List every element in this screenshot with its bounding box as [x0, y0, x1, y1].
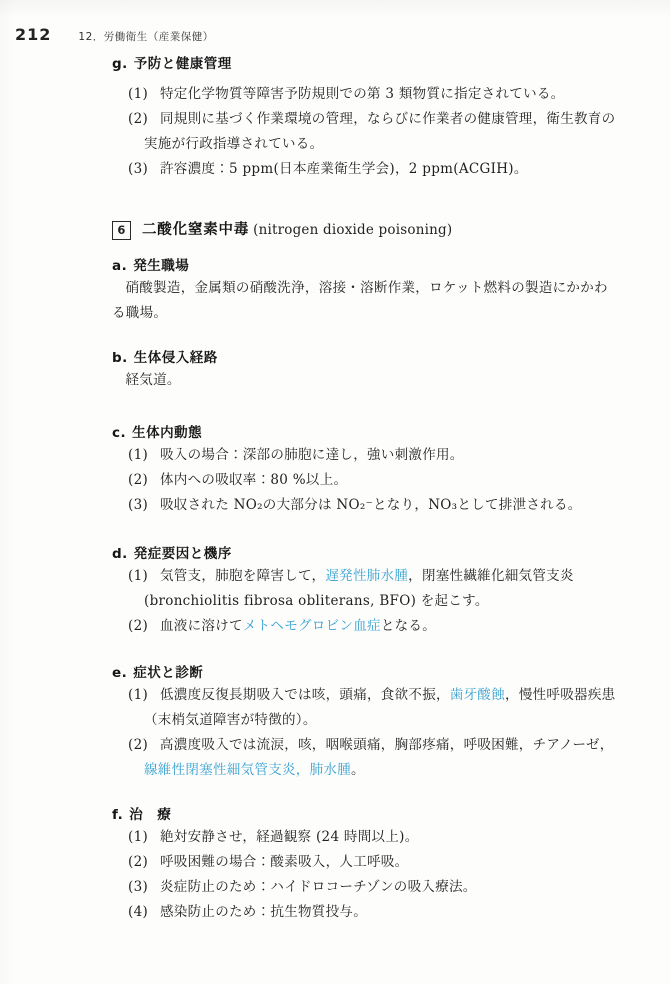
item-text: 吸収された NO₂の大部分は NO₂⁻となり，NO₃として排泄される。: [160, 497, 582, 513]
list-c: (1)吸入の場合：深部の肺胞に達し，強い刺激作用。 (2)体内への吸収率：80 …: [112, 443, 620, 518]
list-d: (1)気管支，肺胞を障害して，遅発性肺水腫，閉塞性繊維化細気管支炎 (bronc…: [112, 564, 620, 639]
item-number: (2): [128, 850, 160, 875]
list-item: (1)特定化学物質等障害予防規則での第 3 類物質に指定されている。: [112, 82, 620, 107]
subsection-title-c: 生体内動態: [132, 425, 202, 441]
page-number: 212: [15, 25, 51, 44]
item-number: (4): [128, 900, 160, 925]
item-text: 低濃度反復長期吸入では咳，頭痛，食欲不振，: [160, 687, 450, 703]
subsection-label-g: g.: [112, 56, 128, 72]
item-number: (2): [128, 468, 160, 493]
subsection-label-b: b.: [112, 350, 128, 366]
subsection-heading-c: c.生体内動態: [112, 423, 620, 443]
list-item: (2)呼吸困難の場合：酸素吸入，人工呼吸。: [112, 850, 620, 875]
item-text: 血液に溶けて: [160, 618, 243, 634]
item-number: (1): [128, 683, 160, 708]
paragraph-b: 経気道。: [112, 368, 620, 393]
item-number: (3): [128, 493, 160, 518]
subsection-heading-f: f.治 療: [112, 805, 620, 825]
item-text: 呼吸困難の場合：酸素吸入，人工呼吸。: [160, 854, 408, 870]
subsection-title-b: 生体侵入経路: [134, 350, 218, 366]
item-text: 炎症防止のため：ハイドロコーチゾンの吸入療法。: [160, 879, 477, 895]
highlighted-term: 遅発性肺水腫: [325, 568, 408, 584]
item-text: 。: [351, 762, 365, 778]
highlighted-term: 線維性閉塞性細気管支炎，肺水腫: [144, 762, 351, 778]
highlighted-term: メトヘモグロビン血症: [243, 618, 381, 634]
item-text: 同規則に基づく作業環境の管理，ならびに作業者の健康管理，衛生教育の実施が行政指導…: [144, 111, 615, 152]
list-item: (1)吸入の場合：深部の肺胞に達し，強い刺激作用。: [112, 443, 620, 468]
item-number: (1): [128, 825, 160, 850]
subsection-title-f: 治 療: [129, 807, 171, 823]
item-number: (1): [128, 443, 160, 468]
list-item: (1)気管支，肺胞を障害して，遅発性肺水腫，閉塞性繊維化細気管支炎 (bronc…: [112, 564, 620, 614]
subsection-heading-d: d.発症要因と機序: [112, 544, 620, 564]
list-item: (2)血液に溶けてメトヘモグロビン血症となる。: [112, 614, 620, 639]
subsection-label-f: f.: [112, 807, 123, 823]
page-content: g.予防と健康管理 (1)特定化学物質等障害予防規則での第 3 類物質に指定され…: [112, 0, 620, 925]
subsection-title-a: 発生職場: [133, 258, 189, 274]
list-item: (4)感染防止のため：抗生物質投与。: [112, 900, 620, 925]
subsection-title-d: 発症要因と機序: [134, 546, 232, 562]
item-text: 吸入の場合：深部の肺胞に達し，強い刺激作用。: [160, 447, 464, 463]
item-number: (3): [128, 157, 160, 182]
item-text: 体内への吸収率：80 %以上。: [160, 472, 347, 488]
subsection-label-a: a.: [112, 258, 127, 274]
list-item: (3)吸収された NO₂の大部分は NO₂⁻となり，NO₃として排泄される。: [112, 493, 620, 518]
item-text: 感染防止のため：抗生物質投与。: [160, 904, 367, 920]
subsection-heading-a: a.発生職場: [112, 256, 620, 276]
item-number: (2): [128, 614, 160, 639]
item-number: (2): [128, 107, 160, 132]
subsection-heading-e: e.症状と診断: [112, 663, 620, 683]
item-text: 高濃度吸入では流涙，咳，咽喉頭痛，胸部疼痛，呼吸困難，チアノーゼ，: [160, 737, 614, 753]
list-item: (2)体内への吸収率：80 %以上。: [112, 468, 620, 493]
item-text: 特定化学物質等障害予防規則での第 3 類物質に指定されている。: [160, 86, 564, 102]
section-heading-6: 6 二酸化窒素中毒 (nitrogen dioxide poisoning): [112, 218, 620, 242]
list-g: (1)特定化学物質等障害予防規則での第 3 類物質に指定されている。 (2)同規…: [112, 82, 620, 182]
list-item: (1)絶対安静させ，経過観察 (24 時間以上)。: [112, 825, 620, 850]
item-number: (3): [128, 875, 160, 900]
paragraph-a: 硝酸製造，金属類の硝酸洗浄，溶接・溶断作業，ロケット燃料の製造にかかわる職場。: [112, 276, 620, 326]
list-e: (1)低濃度反復長期吸入では咳，頭痛，食欲不振，歯牙酸蝕，慢性呼吸器疾患（末梢気…: [112, 683, 620, 783]
item-text: 絶対安静させ，経過観察 (24 時間以上)。: [160, 829, 419, 845]
item-number: (1): [128, 82, 160, 107]
item-number: (1): [128, 564, 160, 589]
list-item: (2)高濃度吸入では流涙，咳，咽喉頭痛，胸部疼痛，呼吸困難，チアノーゼ，線維性閉…: [112, 733, 620, 783]
textbook-page: 212 12．労働衛生（産業保健） g.予防と健康管理 (1)特定化学物質等障害…: [0, 0, 670, 984]
section-number-box: 6: [112, 221, 131, 240]
list-item: (1)低濃度反復長期吸入では咳，頭痛，食欲不振，歯牙酸蝕，慢性呼吸器疾患（末梢気…: [112, 683, 620, 733]
subsection-label-d: d.: [112, 546, 128, 562]
subsection-label-c: c.: [112, 425, 126, 441]
item-number: (2): [128, 733, 160, 758]
subsection-heading-g: g.予防と健康管理: [112, 54, 620, 74]
item-text: 気管支，肺胞を障害して，: [160, 568, 325, 584]
section-title-ja: 二酸化窒素中毒: [142, 218, 249, 242]
subsection-title-g: 予防と健康管理: [134, 56, 232, 72]
section-title-en: (nitrogen dioxide poisoning): [253, 218, 452, 242]
subsection-label-e: e.: [112, 665, 127, 681]
item-text: となる。: [381, 618, 436, 634]
subsection-heading-b: b.生体侵入経路: [112, 348, 620, 368]
list-item: (3)炎症防止のため：ハイドロコーチゾンの吸入療法。: [112, 875, 620, 900]
list-item: (2)同規則に基づく作業環境の管理，ならびに作業者の健康管理，衛生教育の実施が行…: [112, 107, 620, 157]
list-f: (1)絶対安静させ，経過観察 (24 時間以上)。 (2)呼吸困難の場合：酸素吸…: [112, 825, 620, 925]
list-item: (3)許容濃度：5 ppm(日本産業衛生学会)，2 ppm(ACGIH)。: [112, 157, 620, 182]
item-text: 許容濃度：5 ppm(日本産業衛生学会)，2 ppm(ACGIH)。: [160, 161, 528, 177]
subsection-title-e: 症状と診断: [133, 665, 203, 681]
highlighted-term: 歯牙酸蝕: [450, 687, 505, 703]
